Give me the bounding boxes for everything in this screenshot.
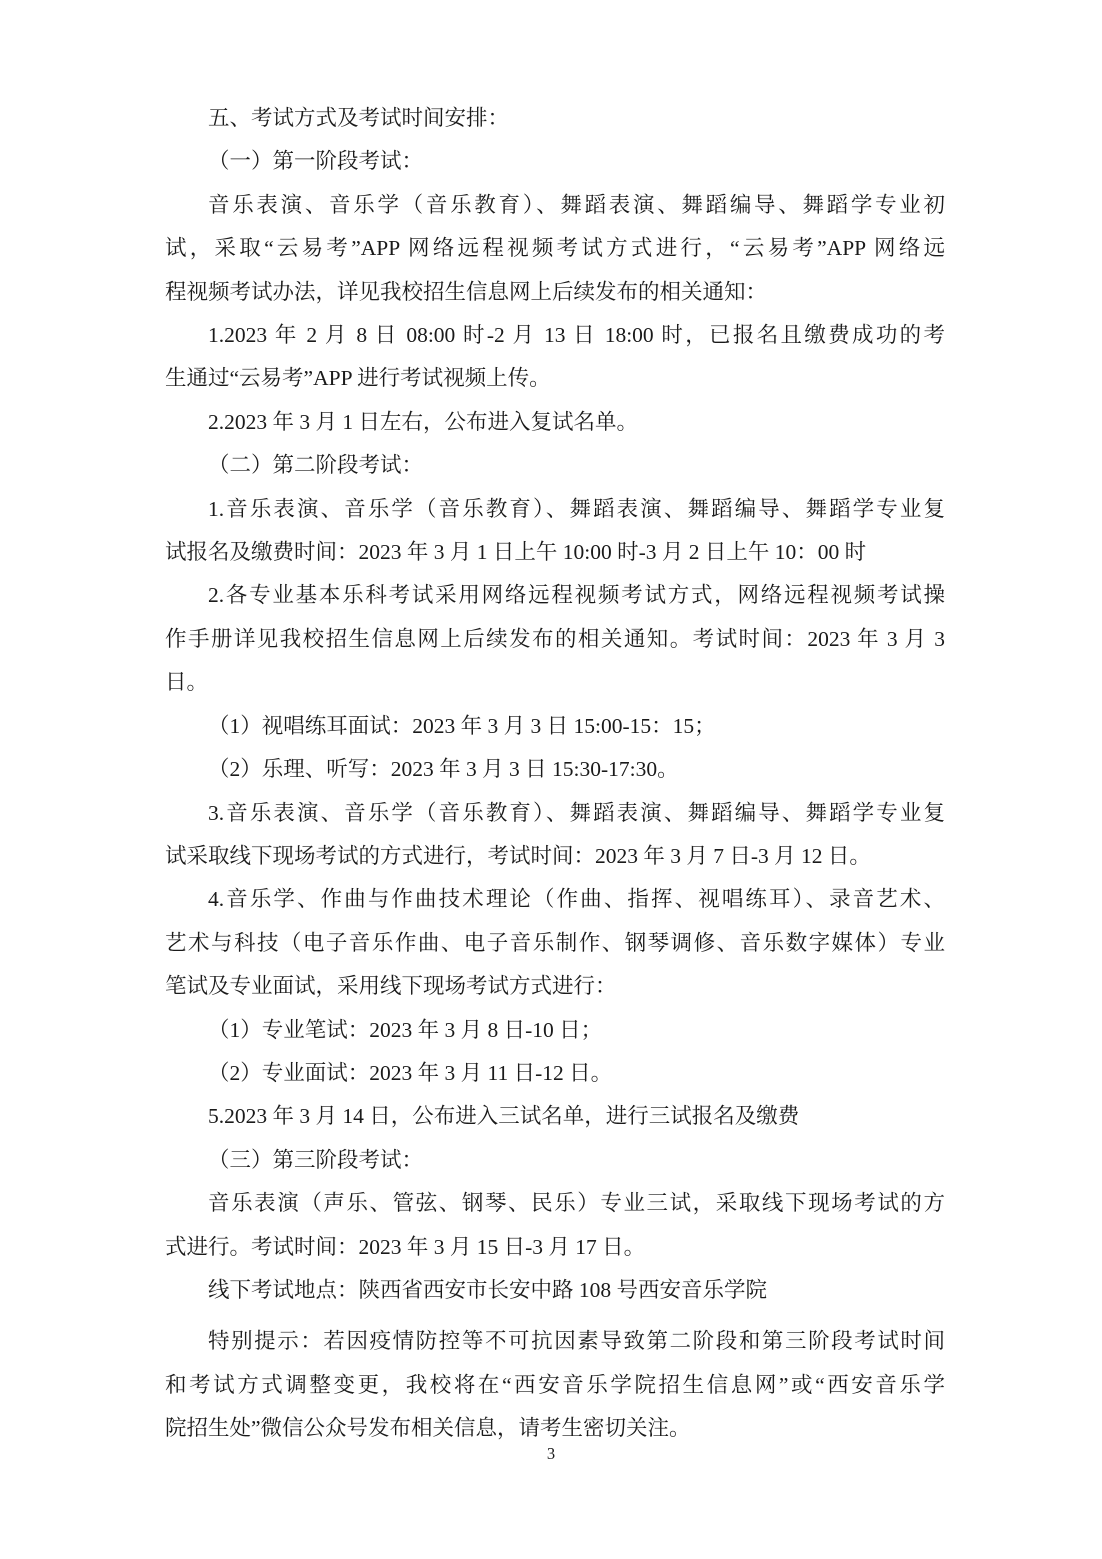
doc-line: 音乐表演（声乐、管弦、钢琴、民乐）专业三试，采取线下现场考试的方 bbox=[165, 1182, 945, 1225]
doc-line: 日。 bbox=[165, 661, 945, 704]
document-page: 五、考试方式及考试时间安排： （一）第一阶段考试： 音乐表演、音乐学（音乐教育）… bbox=[0, 0, 1102, 1559]
doc-line: 作手册详见我校招生信息网上后续发布的相关通知。考试时间：2023 年 3 月 3 bbox=[165, 618, 945, 661]
doc-line: 和考试方式调整变更，我校将在“西安音乐学院招生信息网”或“西安音乐学 bbox=[165, 1364, 945, 1407]
doc-line-stage3-heading: （三）第三阶段考试： bbox=[165, 1139, 945, 1182]
doc-line: 笔试及专业面试，采用线下现场考试方式进行： bbox=[165, 965, 945, 1008]
doc-line: 5.2023 年 3 月 14 日，公布进入三试名单，进行三试报名及缴费 bbox=[165, 1095, 945, 1138]
doc-line: 试，采取“云易考”APP 网络远程视频考试方式进行，“云易考”APP 网络远 bbox=[165, 227, 945, 270]
doc-line-section-heading: 五、考试方式及考试时间安排： bbox=[165, 97, 945, 140]
doc-line: （1）专业笔试：2023 年 3 月 8 日-10 日； bbox=[165, 1009, 945, 1052]
doc-line: （2）乐理、听写：2023 年 3 月 3 日 15:30-17:30。 bbox=[165, 748, 945, 791]
doc-line: 1.音乐表演、音乐学（音乐教育）、舞蹈表演、舞蹈编导、舞蹈学专业复 bbox=[165, 488, 945, 531]
doc-line: 1.2023 年 2 月 8 日 08:00 时-2 月 13 日 18:00 … bbox=[165, 314, 945, 357]
doc-line: （1）视唱练耳面试：2023 年 3 月 3 日 15:00-15：15； bbox=[165, 705, 945, 748]
doc-line-stage2-heading: （二）第二阶段考试： bbox=[165, 444, 945, 487]
doc-line: 2.各专业基本乐科考试采用网络远程视频考试方式，网络远程视频考试操 bbox=[165, 574, 945, 617]
doc-line-stage1-heading: （一）第一阶段考试： bbox=[165, 140, 945, 183]
page-footer: 3 bbox=[0, 1444, 1102, 1464]
doc-line-special-notice: 特别提示：若因疫情防控等不可抗因素导致第二阶段和第三阶段考试时间 bbox=[165, 1320, 945, 1363]
doc-line: 4.音乐学、作曲与作曲技术理论（作曲、指挥、视唱练耳）、录音艺术、 bbox=[165, 878, 945, 921]
doc-line: 生通过“云易考”APP 进行考试视频上传。 bbox=[165, 357, 945, 400]
page-number: 3 bbox=[0, 1444, 1102, 1464]
doc-line: （2）专业面试：2023 年 3 月 11 日-12 日。 bbox=[165, 1052, 945, 1095]
doc-line: 2.2023 年 3 月 1 日左右，公布进入复试名单。 bbox=[165, 401, 945, 444]
doc-line: 艺术与科技（电子音乐作曲、电子音乐制作、钢琴调修、音乐数字媒体）专业 bbox=[165, 922, 945, 965]
doc-line: 试报名及缴费时间：2023 年 3 月 1 日上午 10:00 时-3 月 2 … bbox=[165, 531, 945, 574]
doc-line: 3.音乐表演、音乐学（音乐教育）、舞蹈表演、舞蹈编导、舞蹈学专业复 bbox=[165, 792, 945, 835]
doc-line: 音乐表演、音乐学（音乐教育）、舞蹈表演、舞蹈编导、舞蹈学专业初 bbox=[165, 184, 945, 227]
document-body: 五、考试方式及考试时间安排： （一）第一阶段考试： 音乐表演、音乐学（音乐教育）… bbox=[165, 97, 945, 1451]
doc-line: 程视频考试办法，详见我校招生信息网上后续发布的相关通知： bbox=[165, 271, 945, 314]
doc-line-exam-location: 线下考试地点：陕西省西安市长安中路 108 号西安音乐学院 bbox=[165, 1269, 945, 1312]
doc-line: 试采取线下现场考试的方式进行，考试时间：2023 年 3 月 7 日-3 月 1… bbox=[165, 835, 945, 878]
doc-line: 式进行。考试时间：2023 年 3 月 15 日-3 月 17 日。 bbox=[165, 1226, 945, 1269]
